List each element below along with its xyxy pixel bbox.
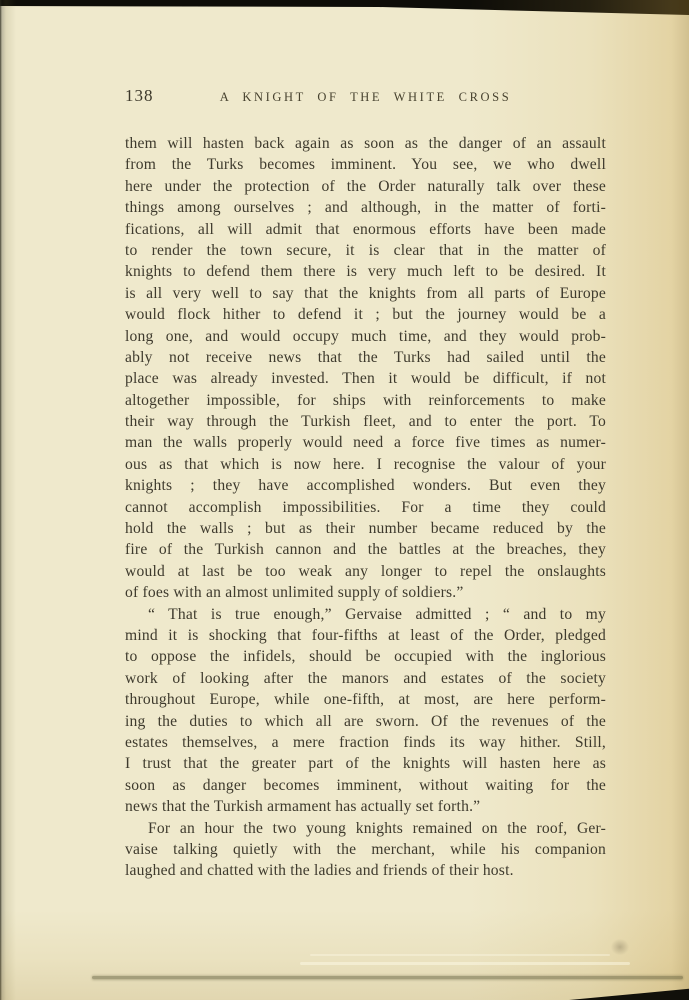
scan-top-edge [0, 0, 689, 16]
running-header: A KNIGHT OF THE WHITE CROSS [125, 90, 606, 105]
text-line: I trust that the greater part of the kni… [125, 753, 606, 774]
paragraph: For an hour the two young knights remain… [125, 818, 606, 882]
text-line: would flock hither to defend it ; but th… [125, 304, 606, 325]
text-line: mind it is shocking that four-fifths at … [125, 625, 606, 646]
text-line: to oppose the infidels, should be occupi… [125, 646, 606, 667]
scan-left-edge [0, 0, 16, 1000]
text-line: altogether impossible, for ships with re… [125, 390, 606, 411]
scan-streak [300, 962, 630, 965]
text-line: would at last be too weak any longer to … [125, 561, 606, 582]
text-line: place was already invested. Then it woul… [125, 368, 606, 389]
text-line: fire of the Turkish cannon and the battl… [125, 539, 606, 560]
text-line: fications, all will admit that enormous … [125, 219, 606, 240]
page-header: 138 A KNIGHT OF THE WHITE CROSS [125, 86, 606, 108]
text-line: things among ourselves ; and although, i… [125, 197, 606, 218]
page-text: them will hasten back again as soon as t… [125, 133, 606, 882]
text-line: soon as danger becomes imminent, without… [125, 775, 606, 796]
text-line: vaise talking quietly with the merchant,… [125, 839, 606, 860]
text-line: here under the protection of the Order n… [125, 176, 606, 197]
text-line: ous as that which is now here. I recogni… [125, 454, 606, 475]
text-line: to render the town secure, it is clear t… [125, 240, 606, 261]
scan-smudge [610, 938, 630, 956]
text-line: man the walls properly would need a forc… [125, 432, 606, 453]
text-line: hold the walls ; but as their number bec… [125, 518, 606, 539]
text-line: them will hasten back again as soon as t… [125, 133, 606, 154]
text-line: long one, and would occupy much time, an… [125, 326, 606, 347]
scan-bottom-right-corner [569, 984, 689, 1000]
book-page-scan: 138 A KNIGHT OF THE WHITE CROSS them wil… [0, 0, 689, 1000]
paragraph: them will hasten back again as soon as t… [125, 133, 606, 604]
text-line: their way through the Turkish fleet, and… [125, 411, 606, 432]
scan-streak [310, 954, 610, 956]
paragraph: “ That is true enough,” Gervaise admitte… [125, 604, 606, 818]
text-line: knights ; they have accomplished wonders… [125, 475, 606, 496]
text-line: work of looking after the manors and est… [125, 668, 606, 689]
text-line: throughout Europe, while one-fifth, at m… [125, 689, 606, 710]
text-line: estates themselves, a mere fraction find… [125, 732, 606, 753]
text-line: is all very well to say that the knights… [125, 283, 606, 304]
text-line: cannot accomplish impossibilities. For a… [125, 497, 606, 518]
page-bottom-shadow [92, 976, 683, 979]
text-line: ing the duties to which all are sworn. O… [125, 711, 606, 732]
text-line: from the Turks becomes imminent. You see… [125, 154, 606, 175]
text-line: knights to defend them there is very muc… [125, 261, 606, 282]
text-line: For an hour the two young knights remain… [125, 818, 606, 839]
text-line: ably not receive news that the Turks had… [125, 347, 606, 368]
text-line: news that the Turkish armament has actua… [125, 796, 606, 817]
text-line: “ That is true enough,” Gervaise admitte… [125, 604, 606, 625]
text-line: of foes with an almost unlimited supply … [125, 582, 606, 603]
text-line: laughed and chatted with the ladies and … [125, 860, 606, 881]
